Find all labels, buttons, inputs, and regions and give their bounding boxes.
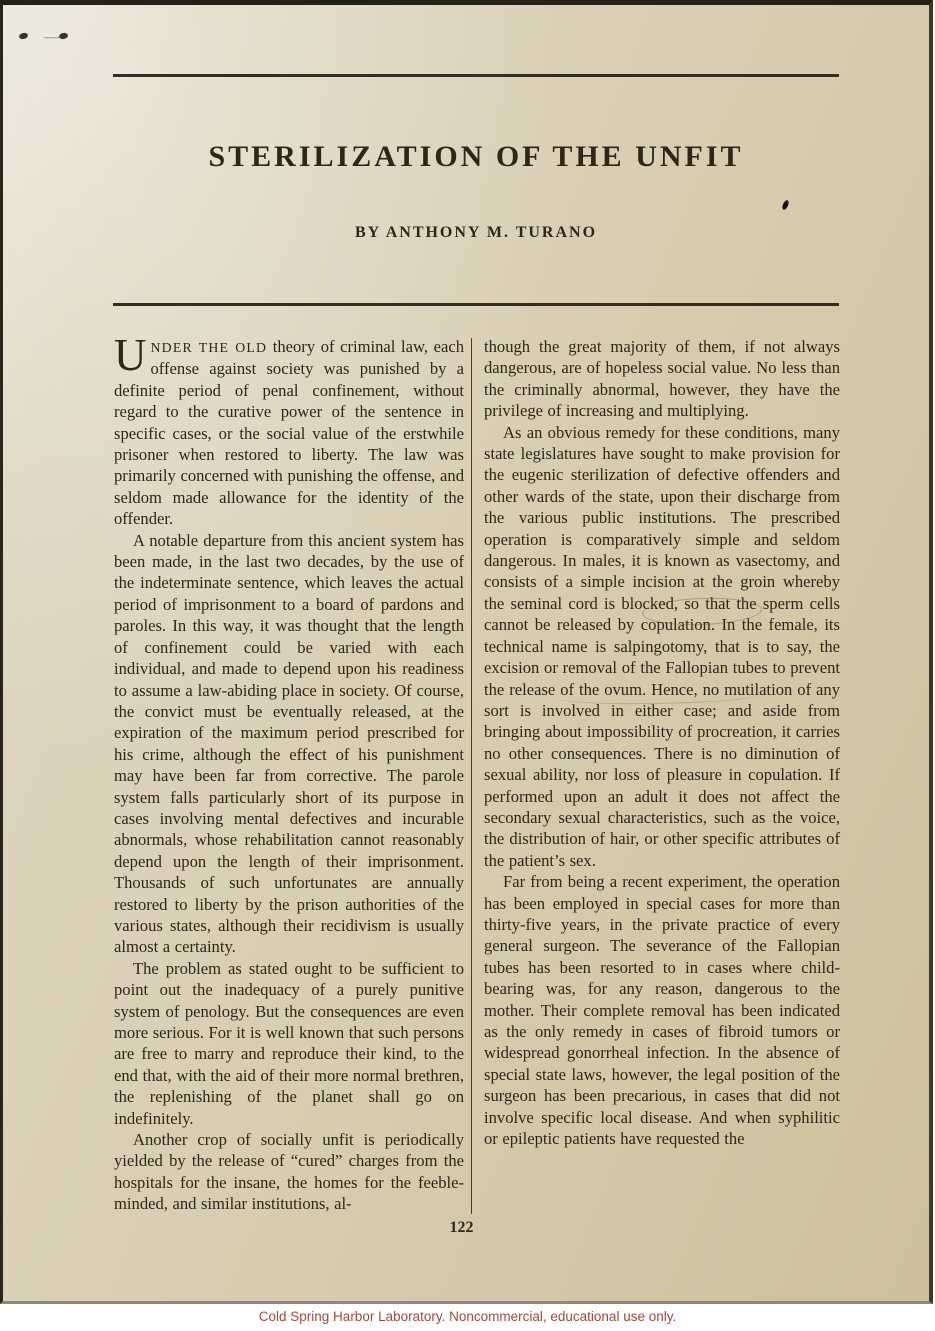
- drop-cap: U: [114, 336, 151, 374]
- top-rule: [113, 74, 839, 77]
- byline: BY ANTHONY M. TURANO: [113, 224, 839, 242]
- paragraph: Another crop of socially unfit is period…: [114, 1129, 464, 1215]
- page-number: 122: [113, 1219, 810, 1237]
- mid-rule: [113, 303, 839, 306]
- column-divider-rule: [471, 338, 472, 1214]
- paragraph: though the great majority of them, if no…: [484, 336, 840, 422]
- staple-mark: [19, 30, 69, 42]
- paragraph: Far from being a recent experiment, the …: [484, 871, 840, 1149]
- paragraph: A notable departure from this ancient sy…: [114, 530, 464, 958]
- staple-slit: [44, 34, 62, 37]
- right-column: though the great majority of them, if no…: [484, 336, 840, 1149]
- small-caps-lead: NDER THE OLD: [151, 340, 268, 355]
- footer-strip: Cold Spring Harbor Laboratory. Noncommer…: [0, 1304, 935, 1331]
- paragraph: UNDER THE OLD theory of criminal law, ea…: [114, 336, 464, 530]
- footer-notice: Cold Spring Harbor Laboratory. Noncommer…: [0, 1304, 935, 1324]
- page-title: STERILIZATION OF THE UNFIT: [113, 140, 839, 174]
- left-column: UNDER THE OLD theory of criminal law, ea…: [114, 336, 464, 1215]
- paragraph: The problem as stated ought to be suffic…: [114, 958, 464, 1129]
- paragraph: As an obvious remedy for these condition…: [484, 422, 840, 872]
